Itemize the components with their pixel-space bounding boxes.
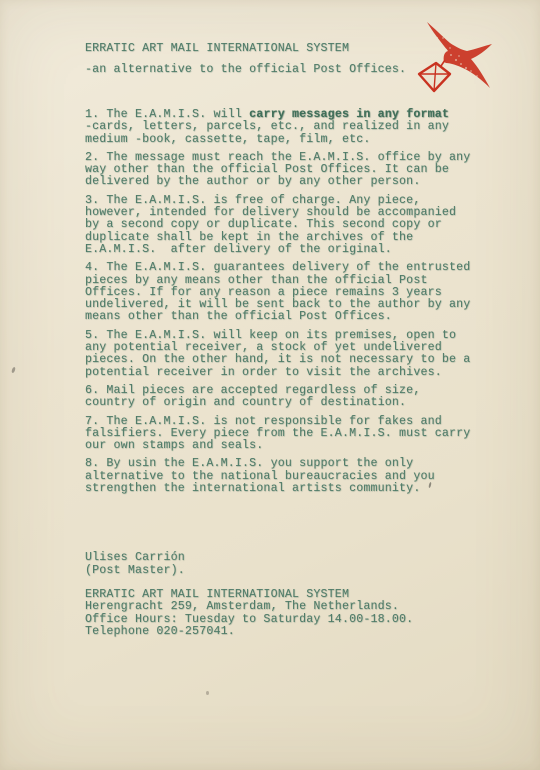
rule-paragraph-7: 7. The E.A.M.I.S. is not responsible for… [85,416,540,453]
paper-speck [206,691,209,695]
telephone-line: Telephone 020-257041. [85,626,540,638]
envelope-icon [419,63,450,91]
scanned-typewritten-page: ERRATIC ART MAIL INTERNATIONAL SYSTEM-an… [0,0,540,770]
signature-name: Ulises Carrión [85,552,540,564]
rule-paragraph-2: 2. The message must reach the E.A.M.I.S.… [85,152,540,189]
paragraph-text: 3. The E.A.M.I.S. is free of charge. Any… [85,194,456,256]
rules-list: 1. The E.A.M.I.S. will carry messages in… [85,109,540,495]
beak-string [441,60,445,66]
paragraph-text: -cards, letters, parcels, etc., and real… [85,120,449,145]
paragraph-text: 4. The E.A.M.I.S. guarantees delivery of… [85,261,470,323]
address-line: Herengracht 259, Amsterdam, The Netherla… [85,601,540,613]
bird-carrying-envelope-stamp-icon [393,8,533,108]
rule-paragraph-5: 5. The E.A.M.I.S. will keep on its premi… [85,330,540,379]
office-hours-line: Office Hours: Tuesday to Saturday 14.00-… [85,614,540,626]
paper-speck [11,367,15,373]
paragraph-text: 8. By usin the E.A.M.I.S. you support th… [85,457,435,495]
paragraph-text: 5. The E.A.M.I.S. will keep on its premi… [85,329,470,379]
contact-block: ERRATIC ART MAIL INTERNATIONAL SYSTEMHer… [85,589,540,638]
signature-role: (Post Master). [85,565,540,577]
rule-paragraph-8: 8. By usin the E.A.M.I.S. you support th… [85,458,540,495]
rule-paragraph-3: 3. The E.A.M.I.S. is free of charge. Any… [85,195,540,256]
paragraph-text: 6. Mail pieces are accepted regardless o… [85,384,420,409]
rule-paragraph-4: 4. The E.A.M.I.S. guarantees delivery of… [85,262,540,323]
paragraph-text: 2. The message must reach the E.A.M.I.S.… [85,151,470,189]
signature-block: Ulises Carrión(Post Master). [85,552,540,577]
rule-paragraph-6: 6. Mail pieces are accepted regardless o… [85,385,540,410]
paragraph-text: 7. The E.A.M.I.S. is not responsible for… [85,415,470,453]
rule-paragraph-1: 1. The E.A.M.I.S. will carry messages in… [85,109,540,146]
